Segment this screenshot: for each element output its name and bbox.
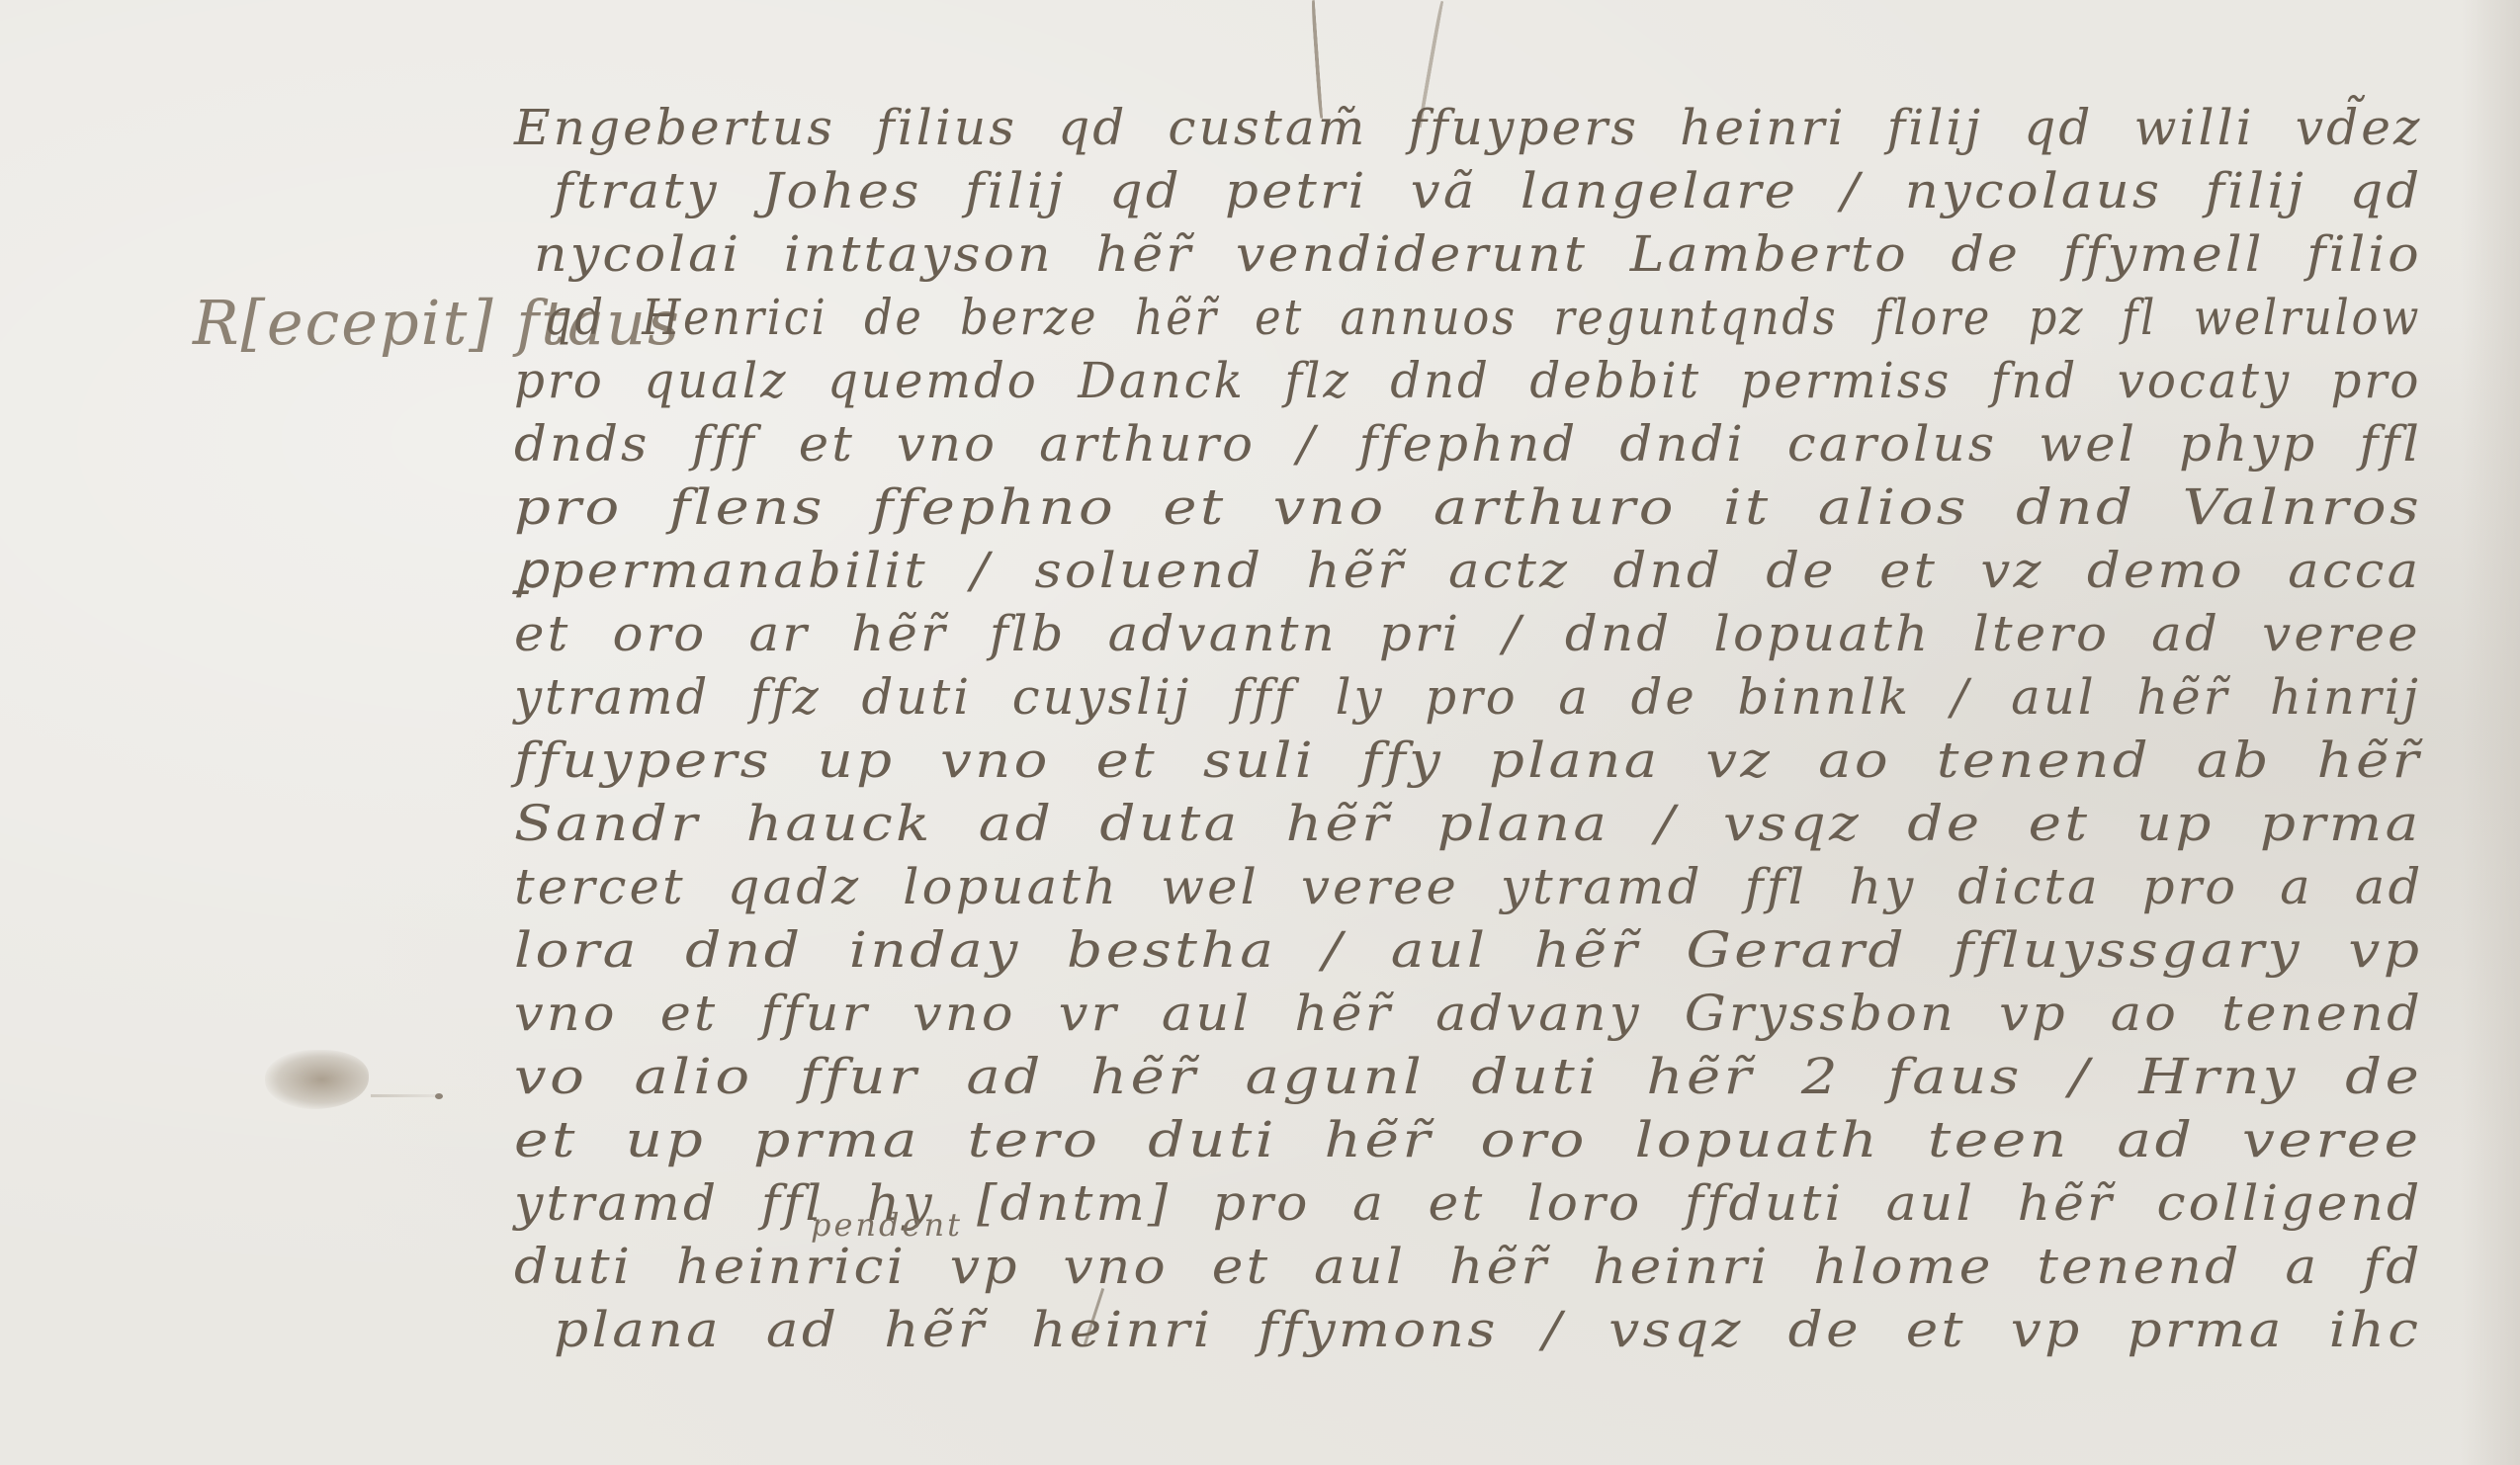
ink-stain [265, 1050, 369, 1109]
page-edge-shadow [2461, 0, 2520, 1465]
manuscript-line-2: ftraty Johes filij qd petri vã langelare… [554, 162, 2422, 219]
manuscript-line-12: Sandr hauck ad duta hẽr̃ plana / vsqz de… [514, 795, 2422, 852]
interlinear-insertion: pendent [811, 1206, 963, 1244]
manuscript-line-1: Engebertus filius qd custam̃ ffuypers he… [514, 99, 2422, 156]
manuscript-line-15: vno et ffur vno vr aul hẽr̃ advany Gryss… [514, 985, 2423, 1042]
manuscript-line-7: pro flens ffephno et vno arthuro it alio… [514, 478, 2422, 536]
manuscript-line-4: qd Henrici de berze hẽr̃ et annuos regun… [544, 289, 2421, 346]
manuscript-line-14: lora dnd inday bestha / aul hẽr̃ Gerard … [514, 921, 2422, 979]
manuscript-line-19: duti heinrici vp vno et aul hẽr̃ heinri … [514, 1238, 2423, 1295]
ink-stain-dot [435, 1093, 443, 1099]
manuscript-line-17: et up prma tero duti hẽr̃ oro lopuath te… [514, 1111, 2422, 1168]
manuscript-line-13: tercet qadz lopuath wel veree ytramd ffl… [514, 858, 2423, 915]
manuscript-line-6: dnds fff et vno arthuro / ffephnd dndi c… [514, 415, 2422, 473]
ink-stain-trail [371, 1094, 435, 1097]
manuscript-line-10: ytramd ffz duti cuyslij fff ly pro a de … [514, 668, 2421, 726]
manuscript-line-9: et oro ar hẽr̃ flb advantn pri / dnd lop… [514, 605, 2421, 662]
manuscript-line-20: plana ad hẽr̃ heinri ffymons / vsqz de e… [554, 1301, 2421, 1358]
manuscript-line-3: nycolai inttayson hẽr̃ vendiderunt Lambe… [534, 225, 2422, 283]
manuscript-line-8: ꝑpermanabilit / soluend hẽr̃ actz dnd de… [514, 542, 2421, 599]
manuscript-line-5: pro qualz quemdo Danck flz dnd debbit pe… [514, 352, 2421, 409]
manuscript-line-16: vo alio ffur ad hẽr̃ agunl duti hẽr̃ 2 f… [514, 1048, 2422, 1105]
manuscript-page: R[ecepit] ftaus Engebertus filius qd cus… [0, 0, 2520, 1465]
manuscript-line-18: ytramd ffl hy [dntm] pro a et loro ffdut… [514, 1174, 2422, 1232]
manuscript-line-11: ffuypers up vno et suli ffy plana vz ao … [514, 732, 2422, 789]
